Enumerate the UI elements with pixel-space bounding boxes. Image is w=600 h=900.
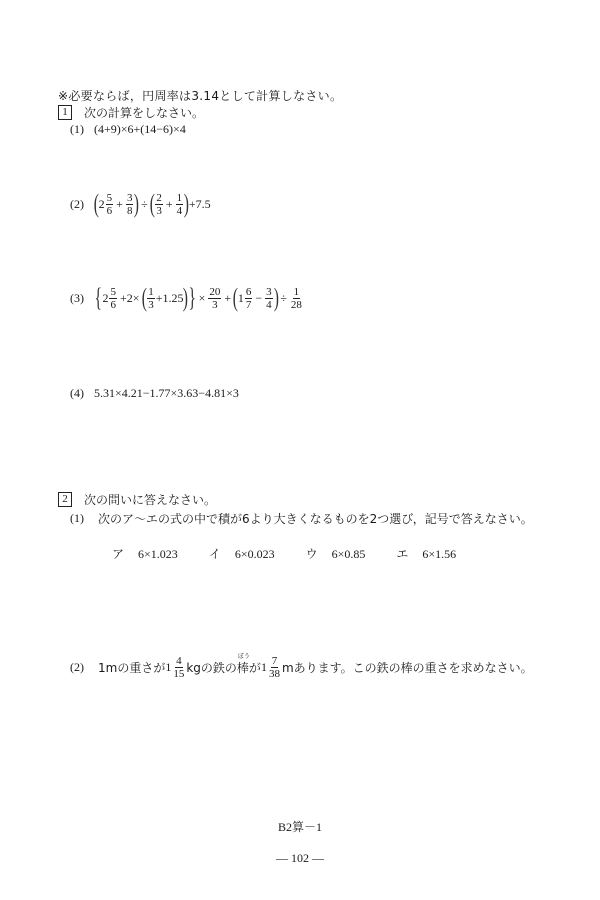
fraction: 67 — [245, 286, 253, 311]
section-2-heading: 2 次の問いに答えなさい。 — [58, 491, 216, 508]
section-instruction: 次の問いに答えなさい。 — [84, 491, 216, 508]
fraction: 13 — [147, 286, 155, 311]
question-1-3: (3) { 2 56 +2× ( 13 +1.25 ) } × 203 + ( … — [70, 285, 304, 311]
question-2-2: (2) 1mの重さが 1 415 kgの鉄の ぼう棒 が 1 738 mあります… — [70, 655, 533, 680]
question-label: (3) — [70, 291, 84, 306]
question-1-1: (1) (4+9)×6+(14−6)×4 — [70, 122, 186, 137]
pi-note: ※必要ならば，円周率は3.14として計算しなさい。 — [58, 87, 342, 104]
section-instruction: 次の計算をしなさい。 — [84, 104, 204, 121]
text: が — [249, 659, 261, 676]
left-paren: ( — [141, 285, 146, 311]
question-label: (1) — [70, 122, 84, 137]
choice-i: イ6×0.023 — [209, 545, 275, 562]
right-paren: ) — [184, 191, 189, 217]
fraction: 23 — [155, 192, 163, 217]
operator: + — [166, 197, 173, 212]
operator: − — [255, 291, 262, 306]
expression-tail: +7.5 — [189, 197, 211, 212]
fraction: 56 — [109, 286, 117, 311]
whole-number: 1 — [238, 291, 244, 306]
text: mあります。この鉄の棒の重さを求めなさい。 — [282, 659, 533, 676]
section-number-box: 2 — [58, 492, 72, 507]
right-paren: ) — [134, 191, 139, 217]
choice-a: ア6×1.023 — [112, 545, 178, 562]
whole-number: 2 — [99, 197, 105, 212]
whole-number: 1 — [261, 660, 267, 675]
operand: +1.25 — [156, 291, 184, 306]
choice-e: エ6×1.56 — [396, 545, 456, 562]
left-paren: ( — [94, 191, 99, 217]
right-paren: ) — [273, 285, 278, 311]
text: kgの鉄の — [186, 659, 237, 676]
question-text: 次のア～エの式の中で積が6より大きくなるものを2つ選び，記号で答えなさい。 — [98, 510, 533, 527]
expression: (4+9)×6+(14−6)×4 — [94, 122, 186, 137]
operator: ÷ — [280, 291, 287, 306]
fraction: 56 — [106, 192, 114, 217]
choice-list: ア6×1.023 イ6×0.023 ウ6×0.85 エ6×1.56 — [112, 545, 484, 562]
left-paren: ( — [149, 191, 154, 217]
choice-u: ウ6×0.85 — [306, 545, 366, 562]
fraction: 128 — [290, 286, 303, 311]
operator: ÷ — [141, 197, 148, 212]
operator: +2× — [120, 291, 140, 306]
left-brace: { — [94, 285, 101, 311]
ruby-word: ぼう棒 — [237, 659, 249, 676]
question-label: (2) — [70, 660, 84, 675]
fraction: 203 — [208, 286, 221, 311]
right-brace: } — [189, 285, 196, 311]
question-label: (1) — [70, 511, 84, 526]
section-number-box: 1 — [58, 105, 72, 120]
whole-number: 2 — [102, 291, 108, 306]
fraction: 738 — [268, 655, 281, 680]
question-1-4: (4) 5.31×4.21−1.77×3.63−4.81×3 — [70, 386, 239, 401]
fraction: 34 — [265, 286, 273, 311]
exam-code: B2算－1 — [0, 818, 600, 835]
operator: + — [116, 197, 123, 212]
operator: + — [224, 291, 231, 306]
section-1-heading: 1 次の計算をしなさい。 — [58, 104, 204, 121]
page-number: ― 102 ― — [0, 851, 600, 866]
question-2-1: (1) 次のア～エの式の中で積が6より大きくなるものを2つ選び，記号で答えなさい… — [70, 510, 533, 527]
expression: 5.31×4.21−1.77×3.63−4.81×3 — [94, 386, 239, 401]
fraction: 14 — [176, 192, 184, 217]
question-label: (2) — [70, 197, 84, 212]
fraction: 415 — [172, 655, 185, 680]
question-label: (4) — [70, 386, 84, 401]
left-paren: ( — [233, 285, 238, 311]
operator: × — [199, 291, 206, 306]
whole-number: 1 — [165, 660, 171, 675]
fraction: 38 — [126, 192, 134, 217]
question-1-2: (2) ( 2 56 + 38 ) ÷ ( 23 + 14 ) +7.5 — [70, 191, 211, 217]
text: 1mの重さが — [98, 659, 165, 676]
